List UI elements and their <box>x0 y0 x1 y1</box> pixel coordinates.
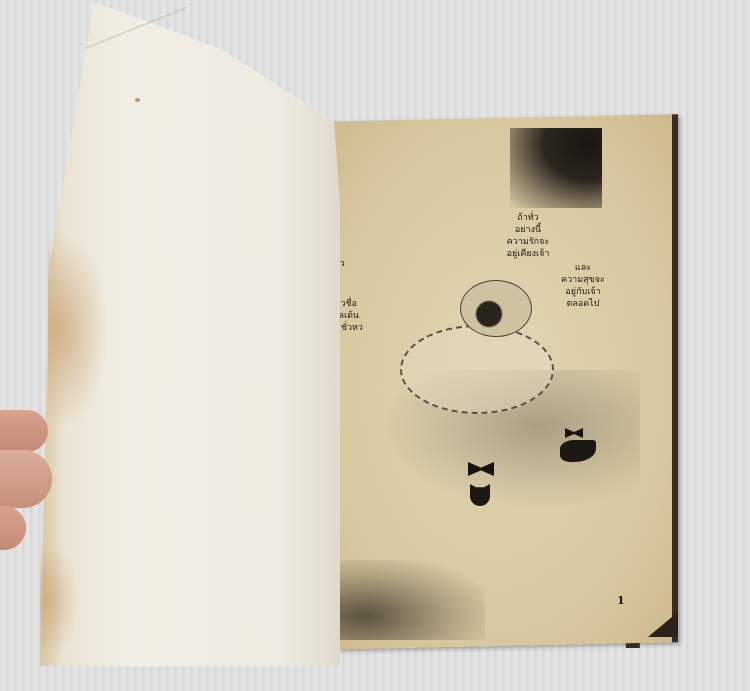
age-stain <box>48 230 108 430</box>
text-line: อยู่กับเจ้า <box>558 286 608 298</box>
text-line: อย่างนี้ <box>497 224 559 236</box>
text-line: อยู่เคียงเจ้า <box>497 248 559 260</box>
finger <box>0 410 48 452</box>
text-line: ความรักจะ <box>497 236 559 248</box>
hand-holding-page <box>0 410 58 560</box>
finger <box>0 506 26 550</box>
girl-illustration <box>400 280 560 420</box>
text-line: และ <box>558 262 608 274</box>
text-line: ความสุขจะ <box>558 274 608 286</box>
text-line: ถ้าทั่ว <box>497 212 559 224</box>
page-number: 1 <box>617 594 625 607</box>
girl-head <box>460 280 532 337</box>
dark-ink-corner <box>510 128 602 208</box>
frilled-dress <box>400 325 554 414</box>
thai-text-top: ถ้าทั่ว อย่างนี้ ความรักจะ อยู่เคียงเจ้า <box>497 212 559 260</box>
ink-shading-bottom <box>335 560 485 640</box>
foxing-spot <box>135 98 140 102</box>
text-line: ตลอดไป <box>558 298 608 310</box>
thumb <box>0 450 52 508</box>
thai-text-right: และ ความสุขจะ อยู่กับเจ้า ตลอดไป <box>558 262 608 310</box>
book-photo-scene: ถ้าทั่ว อย่างนี้ ความรักจะ อยู่เคียงเจ้า… <box>0 0 750 691</box>
